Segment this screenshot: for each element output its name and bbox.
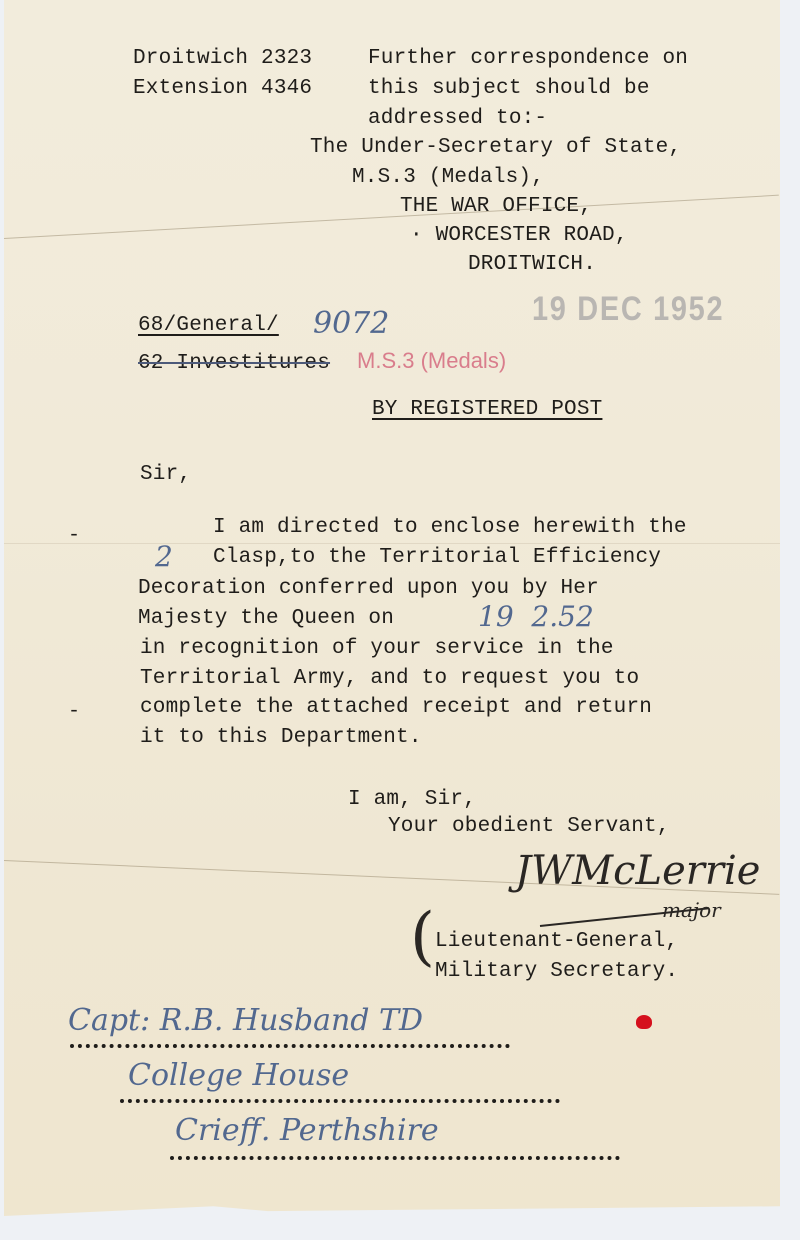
conferred-date-handwritten: 19 2.52 <box>478 600 594 633</box>
body-line-8: it to this Department. <box>140 726 422 749</box>
address-line-5: DROITWICH. <box>468 253 596 276</box>
signatory-title-1: Lieutenant-General, <box>435 930 678 953</box>
recipient-line-2-dots <box>120 1099 560 1103</box>
body-line-4: Majesty the Queen on <box>138 607 394 630</box>
recipient-name: Capt: R.B. Husband TD <box>68 1003 423 1038</box>
address-line-4: · WORCESTER ROAD, <box>410 224 628 247</box>
margin-dash-2: - <box>68 700 80 723</box>
body-line-5: in recognition of your service in the <box>140 637 614 660</box>
body-line-1: I am directed to enclose herewith the <box>213 516 687 539</box>
body-line-7: complete the attached receipt and return <box>140 696 652 719</box>
phone-number: Droitwich 2323 <box>133 47 312 70</box>
address-line-2: M.S.3 (Medals), <box>352 166 544 189</box>
red-wax-mark <box>636 1015 652 1029</box>
extension-number: Extension 4346 <box>133 77 312 100</box>
signature: JWMcLerrie <box>515 848 760 894</box>
address-line-1: The Under-Secretary of State, <box>310 136 681 159</box>
fold-crease-upper-body <box>4 543 780 544</box>
fold-crease-top <box>4 195 779 239</box>
recipient-line-3-dots <box>170 1156 620 1160</box>
address-line-3: THE WAR OFFICE, <box>400 195 592 218</box>
correspondence-line-1: Further correspondence on <box>368 47 688 70</box>
recipient-line-1-dots <box>70 1044 510 1048</box>
date-stamp: 19 DEC 1952 <box>532 290 724 329</box>
reference-typed: 68/General/ <box>138 314 279 337</box>
recipient-address-2: Crieff. Perthshire <box>175 1113 439 1148</box>
body-line-2: Clasp,to the Territorial Efficiency <box>213 546 661 569</box>
recipient-address-1: College House <box>128 1058 349 1093</box>
correspondence-line-3: addressed to:- <box>368 107 547 130</box>
reference-investitures: 62 Investitures <box>138 352 330 375</box>
correspondence-line-2: this subject should be <box>368 77 650 100</box>
body-line-6: Territorial Army, and to request you to <box>140 667 639 690</box>
registered-post-label: BY REGISTERED POST <box>372 398 602 421</box>
closing-line-1: I am, Sir, <box>348 788 476 811</box>
signature-note: major <box>662 898 721 922</box>
reference-number-handwritten: 9072 <box>313 306 389 341</box>
signatory-title-2: Military Secretary. <box>435 960 678 983</box>
body-line-3: Decoration conferred upon you by Her <box>138 577 599 600</box>
clasp-count-handwritten: 2 <box>155 540 173 573</box>
salutation: Sir, <box>140 463 191 486</box>
closing-line-2: Your obedient Servant, <box>388 815 670 838</box>
ms3-medals-stamp: M.S.3 (Medals) <box>357 348 506 374</box>
signature-bracket: ( <box>410 900 435 974</box>
margin-dash-1: - <box>68 524 80 547</box>
